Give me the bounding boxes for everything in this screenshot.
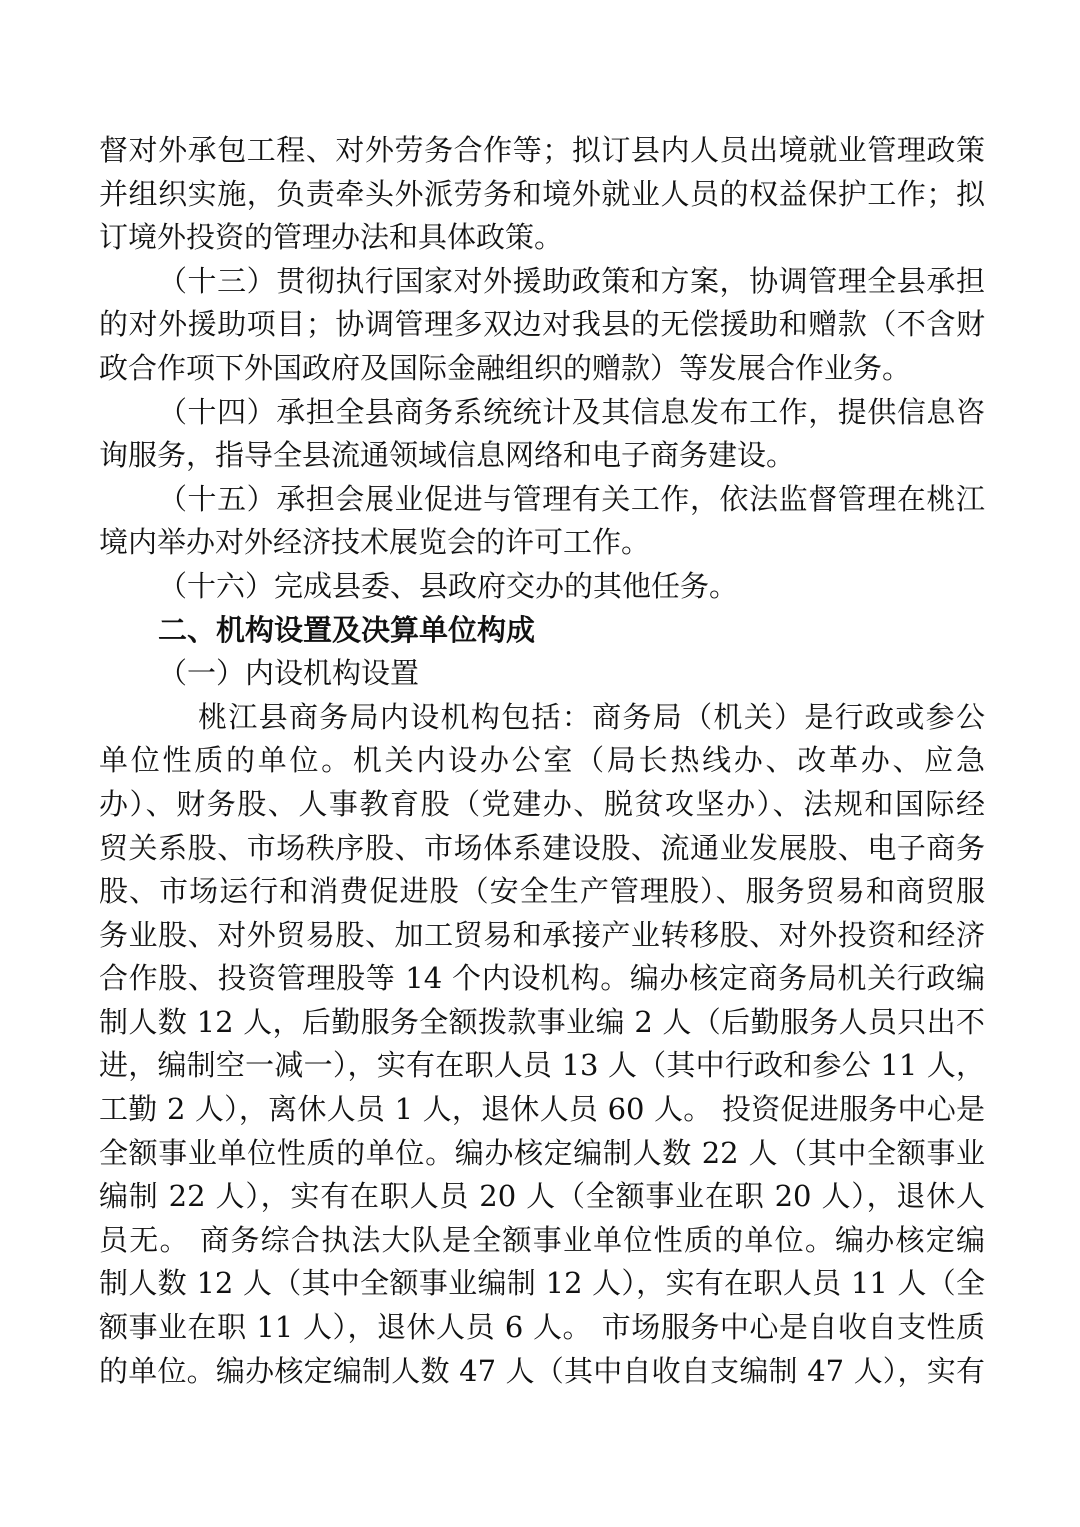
text-line: 的单位。编办核定编制人数 47 人（其中自收自支编制 47 人），实有 (99, 1350, 985, 1394)
text-line: 员无。 商务综合执法大队是全额事业单位性质的单位。编办核定编 (99, 1219, 985, 1263)
document-body: 督对外承包工程、对外劳务合作等；拟订县内人员出境就业管理政策并组织实施，负责牵头… (99, 129, 985, 1393)
text-line: 合作股、投资管理股等 14 个内设机构。编办核定商务局机关行政编 (99, 957, 985, 1001)
text-line: 贸关系股、市场秩序股、市场体系建设股、流通业发展股、电子商务 (99, 827, 985, 871)
text-line: 工勤 2 人），离休人员 1 人，退休人员 60 人。 投资促进服务中心是 (99, 1088, 985, 1132)
text-line: 全额事业单位性质的单位。编办核定编制人数 22 人（其中全额事业 (99, 1132, 985, 1176)
document-page: 督对外承包工程、对外劳务合作等；拟订县内人员出境就业管理政策并组织实施，负责牵头… (0, 0, 1080, 1527)
text-line: （一）内设机构设置 (99, 652, 985, 696)
text-line: 的对外援助项目；协调管理多双边对我县的无偿援助和赠款（不含财 (99, 303, 985, 347)
text-line: （十三）贯彻执行国家对外援助政策和方案，协调管理全县承担 (99, 260, 985, 304)
text-line: 境内举办对外经济技术展览会的许可工作。 (99, 521, 985, 565)
text-line: 股、市场运行和消费促进股（安全生产管理股）、服务贸易和商贸服 (99, 870, 985, 914)
text-line: 订境外投资的管理办法和具体政策。 (99, 216, 985, 260)
text-line: 桃江县商务局内设机构包括：商务局（机关）是行政或参公 (99, 696, 985, 740)
text-line: （十四）承担全县商务系统统计及其信息发布工作，提供信息咨 (99, 391, 985, 435)
text-line: 制人数 12 人，后勤服务全额拨款事业编 2 人（后勤服务人员只出不 (99, 1001, 985, 1045)
text-line: 进，编制空一减一），实有在职人员 13 人（其中行政和参公 11 人， (99, 1044, 985, 1088)
text-line: 政合作项下外国政府及国际金融组织的赠款）等发展合作业务。 (99, 347, 985, 391)
text-line: 编制 22 人），实有在职人员 20 人（全额事业在职 20 人），退休人 (99, 1175, 985, 1219)
text-line: 询服务，指导全县流通领域信息网络和电子商务建设。 (99, 434, 985, 478)
text-line: （十五）承担会展业促进与管理有关工作，依法监督管理在桃江 (99, 478, 985, 522)
text-line: 务业股、对外贸易股、加工贸易和承接产业转移股、对外投资和经济 (99, 914, 985, 958)
text-line: 制人数 12 人（其中全额事业编制 12 人），实有在职人员 11 人（全 (99, 1262, 985, 1306)
text-line: 二、机构设置及决算单位构成 (99, 609, 985, 653)
text-line: （十六）完成县委、县政府交办的其他任务。 (99, 565, 985, 609)
text-line: 额事业在职 11 人），退休人员 6 人。 市场服务中心是自收自支性质 (99, 1306, 985, 1350)
text-line: 办）、财务股、人事教育股（党建办、脱贫攻坚办）、法规和国际经 (99, 783, 985, 827)
text-line: 并组织实施，负责牵头外派劳务和境外就业人员的权益保护工作；拟 (99, 173, 985, 217)
text-line: 督对外承包工程、对外劳务合作等；拟订县内人员出境就业管理政策 (99, 129, 985, 173)
text-line: 单位性质的单位。机关内设办公室（局长热线办、改革办、应急 (99, 739, 985, 783)
